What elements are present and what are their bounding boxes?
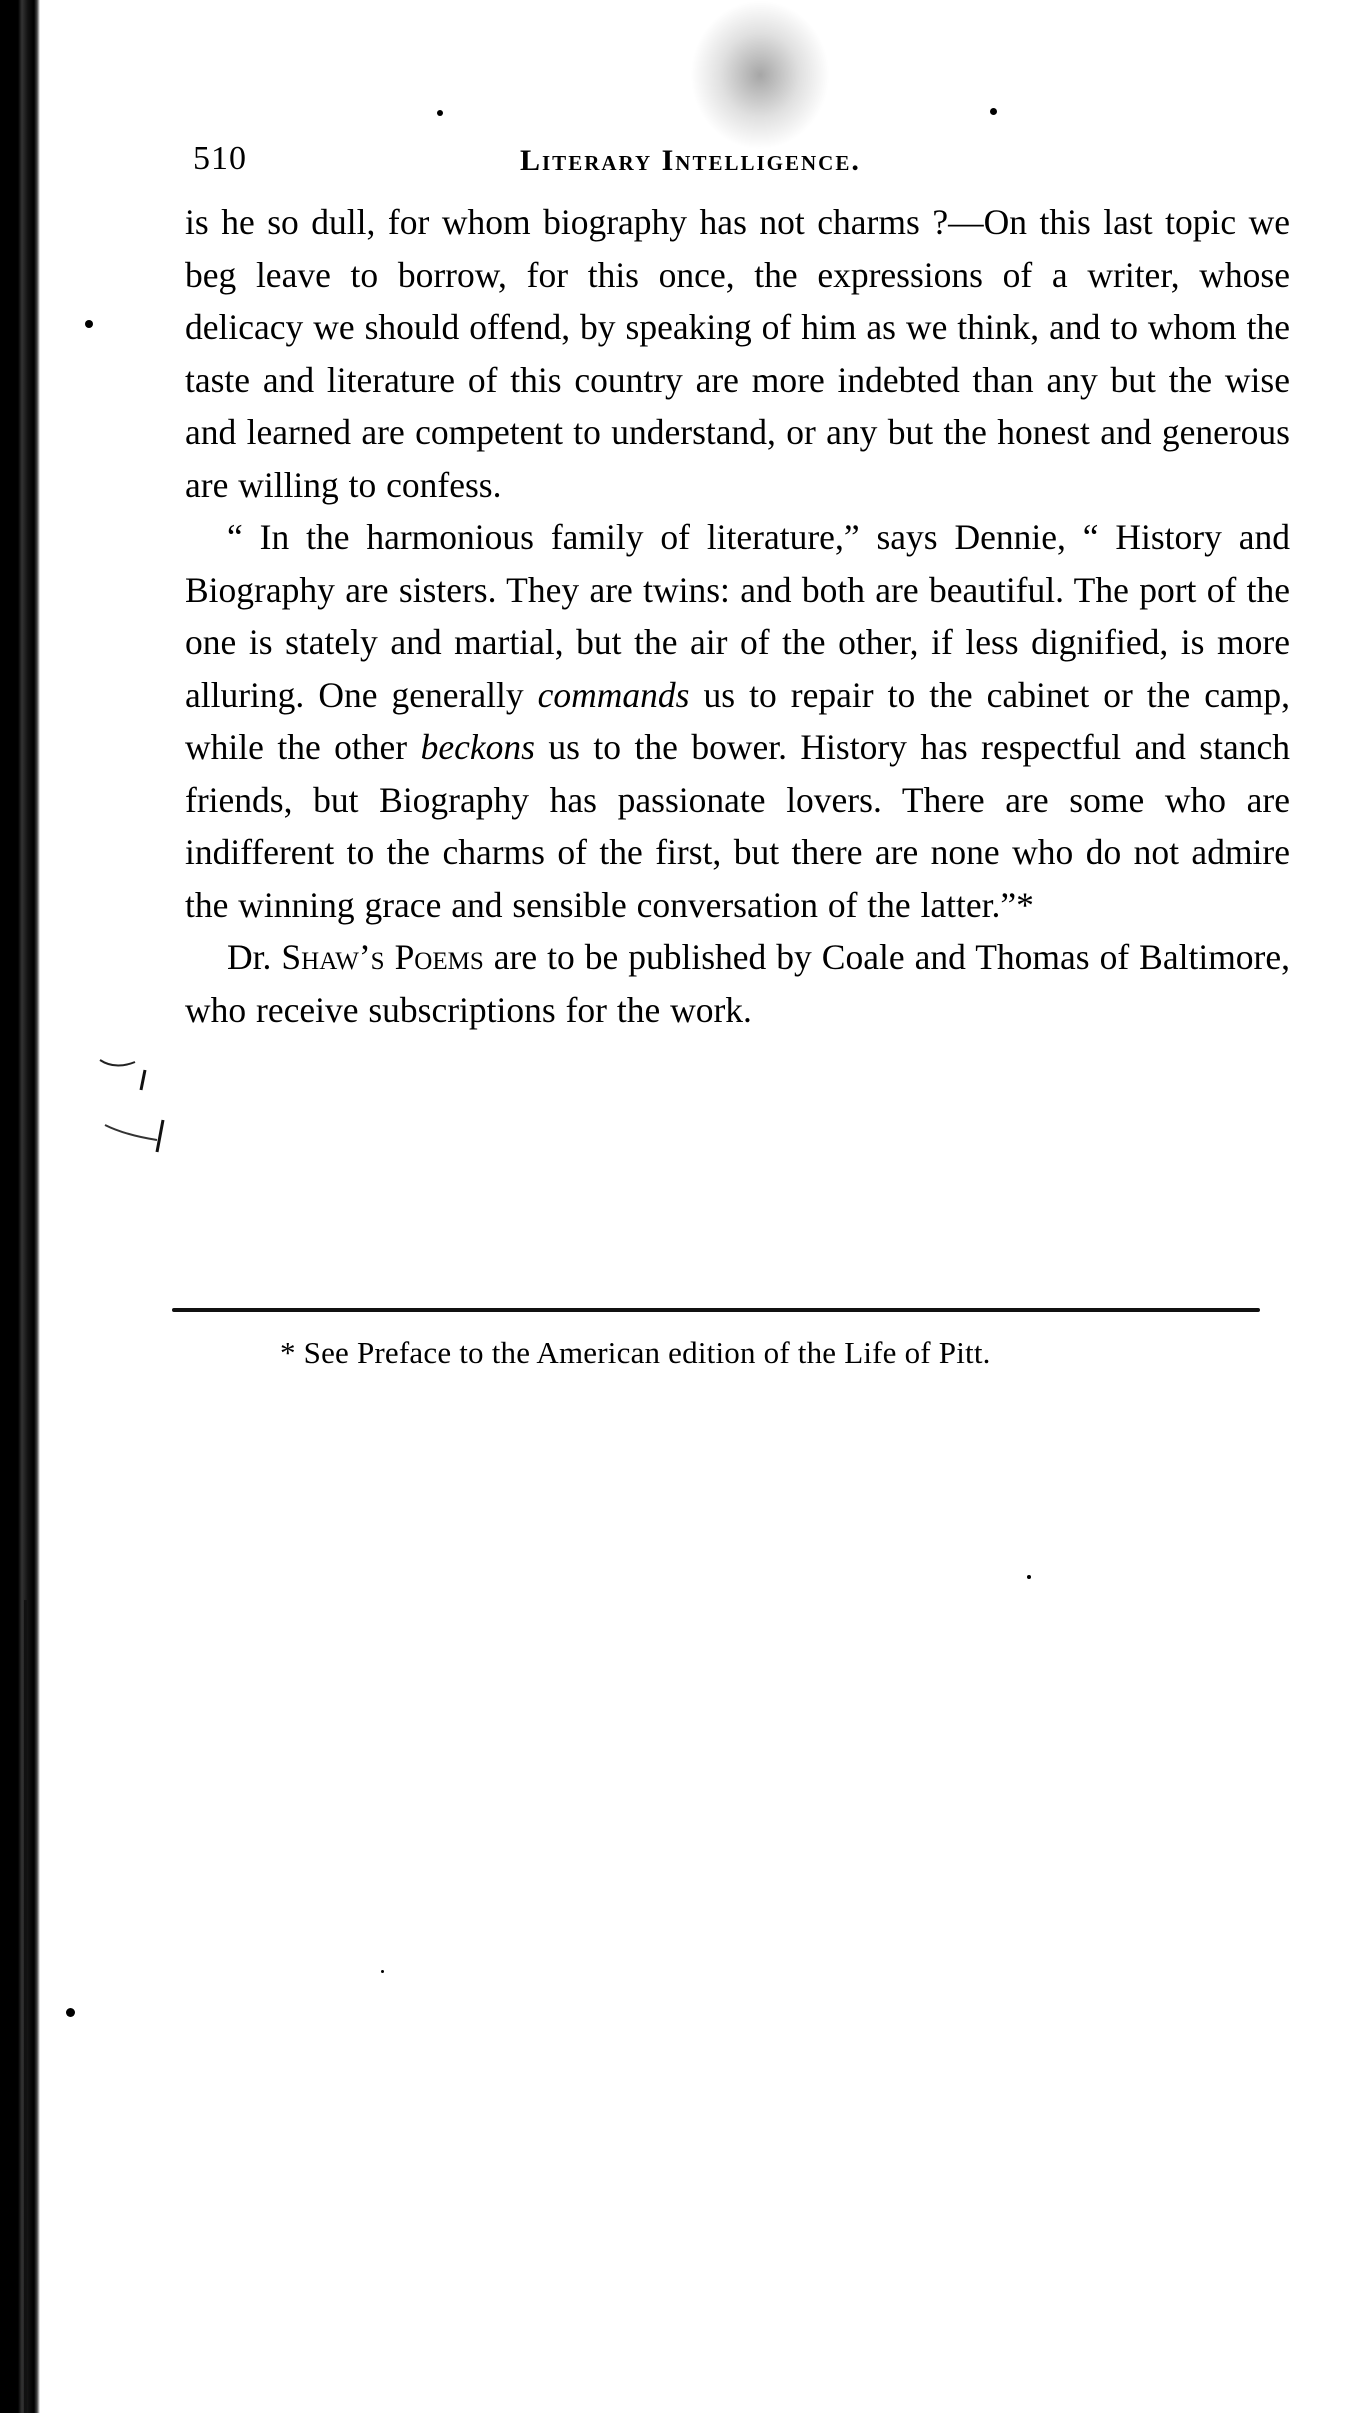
body-text: is he so dull, for whom biography has no… <box>185 196 1290 1036</box>
scan-speck <box>66 2008 75 2017</box>
scan-speck <box>437 110 443 116</box>
paragraph-dennie-quote: “ In the harmonious family of literature… <box>185 511 1290 931</box>
paragraph-text: Dr. <box>227 937 281 977</box>
handwritten-margin-mark <box>95 1040 175 1170</box>
italic-word-beckons: beckons <box>421 727 535 767</box>
scanned-book-gutter <box>0 0 40 2413</box>
ink-smudge <box>690 0 830 150</box>
running-head-title: Literary Intelligence. <box>520 144 861 178</box>
running-head: 510 Literary Intelligence. <box>185 140 1290 188</box>
page-number: 510 <box>193 140 247 178</box>
gutter-edge-line <box>24 1600 27 2413</box>
paragraph-text: is he so dull, for whom biography has no… <box>185 202 1290 505</box>
italic-word-commands: commands <box>538 675 690 715</box>
paragraph-biography-intro: is he so dull, for whom biography has no… <box>185 196 1290 511</box>
scan-speck <box>990 108 997 115</box>
book-title-smallcaps: Shaw’s Poems <box>281 937 483 977</box>
scan-speck <box>1027 1575 1031 1579</box>
footnote: * See Preface to the American edition of… <box>280 1335 991 1371</box>
scan-speck <box>381 1970 384 1973</box>
book-page: 510 Literary Intelligence. is he so dull… <box>185 140 1290 1036</box>
footnote-rule <box>172 1308 1260 1312</box>
paragraph-shaw-poems: Dr. Shaw’s Poems are to be published by … <box>185 931 1290 1036</box>
scan-speck <box>85 320 93 328</box>
